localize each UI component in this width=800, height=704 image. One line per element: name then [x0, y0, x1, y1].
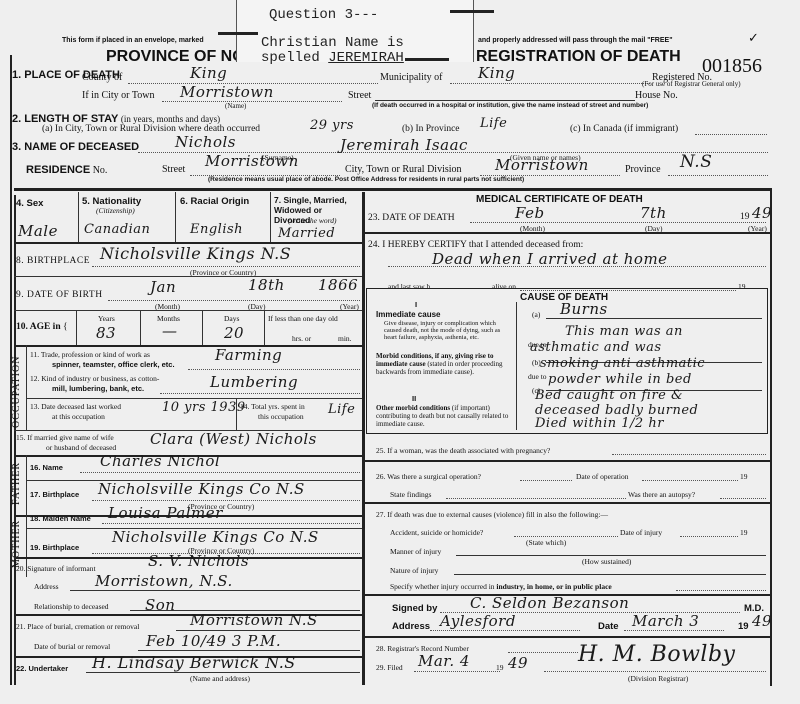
last-worked-label-1: 13. Date deceased last worked [30, 402, 121, 411]
registrar-signature: H. M. Bowlby [578, 642, 735, 667]
trade-value: Farming [215, 346, 282, 364]
sex-label: 4. Sex [16, 198, 43, 209]
informant-signature: S. V. Nichols [148, 552, 249, 570]
municipality-value: King [478, 64, 515, 82]
date-of-injury-label: Date of injury [620, 528, 662, 537]
informant-signature-label: 20. Signature of informant [16, 564, 96, 573]
section-divider [14, 188, 770, 191]
mother-side-label: MOTHER [11, 520, 22, 568]
municipality-label: Municipality of [380, 72, 443, 83]
certify-value: Dead when I arrived at home [432, 250, 668, 268]
father-side-label: FATHER [11, 462, 22, 505]
filed-year-prefix: 19 [496, 663, 504, 672]
deceased-given-names: Jeremirah Isaac [340, 136, 468, 154]
due-to-2: due to [528, 372, 547, 381]
signed-address-label: Address [392, 621, 430, 632]
racial-origin-value: English [190, 222, 243, 237]
house-label: House No. [635, 90, 678, 101]
residence-row: RESIDENCE No. [26, 164, 107, 176]
last-worked-label-2: at this occupation [52, 412, 105, 421]
dob-month: Jan [150, 278, 176, 296]
relationship-label: Relationship to deceased [34, 602, 109, 611]
column-divider [362, 192, 365, 685]
trade-label-1: 11. Trade, profession or kind of work as [30, 350, 150, 359]
birthplace-value: Nicholsville Kings N.S [100, 244, 291, 263]
name-note: (Name) [225, 102, 246, 110]
form-right-border [770, 188, 772, 686]
cause-line-4: powder while in bed [548, 372, 692, 387]
county-label: County of [82, 72, 122, 83]
nature-label: Nature of injury [390, 566, 438, 575]
county-value: King [190, 64, 227, 82]
dob-year: 1866 [318, 276, 358, 294]
trade-label-2: spinner, teamster, office clerk, etc. [52, 360, 175, 369]
mother-birthplace-label: 19. Birthplace [30, 543, 79, 552]
last-worked-value: 10 yrs 1939 [162, 400, 246, 415]
note-line1: Christian Name is [261, 36, 404, 51]
pointer-line [218, 32, 258, 35]
how-sustained-note: (How sustained) [582, 557, 631, 566]
signed-year-prefix: 19 [738, 621, 749, 632]
deceased-surname: Nichols [175, 133, 236, 151]
stay-b-value: Life [480, 116, 507, 131]
mail-note-right: and properly addressed will pass through… [478, 37, 673, 44]
industry-label-2: mill, lumbering, bank, etc. [52, 384, 144, 393]
residence-city-label: City, Town or Rural Division [345, 164, 462, 175]
spouse-label-1: 15. If married give name of wife [16, 433, 114, 442]
cause-a-value: Burns [560, 300, 608, 318]
spouse-label-2: or husband of deceased [46, 443, 116, 452]
sex-value: Male [18, 222, 58, 240]
hrs-label: hrs. or [292, 334, 311, 343]
total-years-value: Life [328, 402, 355, 417]
cause-line-3: smoking anti asthmatic [540, 356, 705, 371]
hospital-note: (If death occurred in a hospital or inst… [372, 102, 648, 109]
years-label: Years [98, 314, 115, 323]
undertaker-label: 22. Undertaker [16, 664, 68, 673]
cause-line-2: asthmatic and was [530, 340, 662, 355]
mother-maiden-label: 18. Maiden Name [30, 514, 91, 523]
note-question: Question 3--- [269, 7, 378, 23]
q25-label: 25. If a woman, was the death associated… [376, 446, 550, 455]
industry-value: Lumbering [210, 373, 298, 391]
pointer-line [405, 58, 449, 61]
signed-by-label: Signed by [392, 603, 437, 614]
total-years-label-2: this occupation [258, 412, 304, 421]
pointer-line [450, 10, 494, 13]
cause-a-label: (a) [532, 310, 540, 319]
mail-note-left: This form if placed in an envelope, mark… [62, 37, 204, 44]
residence-street-label: Street [162, 164, 185, 175]
cause-line-7: Died within 1/2 hr [535, 416, 664, 431]
father-name: Charles Nichol [100, 452, 220, 470]
undertaker-note: (Name and address) [190, 674, 250, 683]
signed-date-label: Date [598, 621, 619, 632]
nationality-note: (Citizenship) [96, 206, 135, 215]
physician-signature: C. Seldon Bezanson [470, 594, 629, 612]
burial-date-label: Date of burial or removal [34, 642, 110, 651]
age-days: 20 [224, 324, 244, 342]
racial-origin-label: 6. Racial Origin [180, 196, 249, 207]
specify-label: Specify whether injury occurred in indus… [390, 582, 612, 591]
residence-city: Morristown [495, 156, 589, 174]
check-mark: ✓ [748, 30, 759, 46]
informant-address-label: Address [34, 582, 59, 591]
nationality-value: Canadian [84, 222, 150, 237]
father-birthplace-label: 17. Birthplace [30, 490, 79, 499]
city-value: Morristown [180, 83, 274, 101]
residence-street: Morristown [205, 152, 299, 170]
dod-year-prefix: 19 [740, 212, 750, 222]
age-label: 10. AGE in { [16, 322, 68, 332]
dob-day: 18th [248, 276, 285, 294]
lt-day-label: If less than one day old [268, 314, 338, 323]
dod-label: 23. DATE OF DEATH [368, 213, 455, 223]
filed-label: 29. Filed [376, 663, 403, 672]
occupation-side-label: OCCUPATION [11, 356, 22, 428]
death-registration-form: This form if placed in an envelope, mark… [0, 0, 800, 704]
relationship-value: Son [145, 596, 175, 614]
stay-c-label: (c) In Canada (if immigrant) [570, 124, 678, 134]
roman-2: II [412, 394, 416, 403]
residence-province-label: Province [625, 164, 661, 175]
dod-day: 7th [640, 204, 667, 222]
burial-place: Morristown N.S [190, 611, 318, 629]
overlay-note: Question 3--- Christian Name is spelled … [236, 0, 474, 62]
q27-label: 27. If death was due to external causes … [376, 510, 608, 519]
stay-a-value: 29 yrs [310, 118, 354, 133]
cause-line-1: This man was an [565, 324, 683, 339]
immediate-title: Immediate cause [376, 310, 440, 319]
immediate-desc: Give disease, injury or complication whi… [384, 320, 514, 341]
age-years: 83 [96, 324, 116, 342]
q26-label: 26. Was there a surgical operation? [376, 472, 481, 481]
signed-date: March 3 [632, 612, 699, 630]
filed-date: Mar. 4 [418, 652, 470, 670]
injury-year-prefix: 19 [740, 528, 748, 537]
dod-month: Feb [515, 204, 545, 222]
street-label: Street [348, 90, 371, 101]
morbid-block: Morbid conditions, if any, giving rise t… [376, 352, 516, 376]
filed-year: 49 [508, 654, 528, 672]
burial-date: Feb 10/49 3 P.M. [146, 632, 281, 650]
registrar-note: (Division Registrar) [628, 674, 688, 683]
operation-year-prefix: 19 [740, 472, 748, 481]
residence-note: (Residence means usual place of abode. P… [208, 176, 524, 183]
other-block: Other morbid conditions (if important) c… [376, 404, 516, 428]
mother-birthplace: Nicholsville Kings Co N.S [112, 528, 319, 546]
dob-label: 9. DATE OF BIRTH [16, 290, 103, 300]
city-label: If in City or Town [82, 90, 154, 101]
accident-label: Accident, suicide or homicide? [390, 528, 483, 537]
medical-title: MEDICAL CERTIFICATE OF DEATH [476, 194, 643, 205]
deceased-label: 3. NAME OF DECEASED [12, 141, 139, 153]
birthplace-label: 8. BIRTHPLACE [16, 256, 90, 266]
note-line2: spelled JEREMIRAH [261, 51, 404, 66]
marital-value: Married [278, 226, 335, 241]
roman-1: I [415, 300, 417, 309]
days-label: Days [224, 314, 239, 323]
age-months: — [162, 322, 178, 340]
undertaker-value: H. Lindsay Berwick N.S [92, 653, 296, 672]
physician-address: Aylesford [440, 612, 516, 630]
marital-note: (write the word) [288, 216, 336, 225]
date-of-operation-label: Date of operation [576, 472, 628, 481]
min-label: min. [338, 334, 352, 343]
total-years-label-1: 14. Total yrs. spent in [240, 402, 305, 411]
autopsy-label: Was there an autopsy? [628, 490, 695, 499]
certify-label: 24. I HEREBY CERTIFY that I attended dec… [368, 240, 583, 250]
residence-province: N.S [680, 152, 712, 172]
father-name-label: 16. Name [30, 463, 63, 472]
stay-b-label: (b) In Province [402, 124, 460, 134]
industry-label-1: 12. Kind of industry or business, as cot… [30, 374, 159, 383]
manner-label: Manner of injury [390, 547, 441, 556]
burial-place-label: 21. Place of burial, cremation or remova… [16, 622, 139, 631]
mother-maiden-name: Louisa Palmer [108, 504, 223, 522]
informant-address: Morristown, N.S. [95, 572, 233, 590]
registrar-use-note: (For use of Registrar General only) [642, 80, 741, 88]
father-birthplace: Nicholsville Kings Co N.S [98, 480, 305, 498]
cause-line-5: Bed caught on fire & [535, 388, 683, 403]
spouse-value: Clara (West) Nichols [150, 430, 317, 448]
state-which-note: (State which) [526, 538, 566, 547]
state-findings-label: State findings [390, 490, 431, 499]
